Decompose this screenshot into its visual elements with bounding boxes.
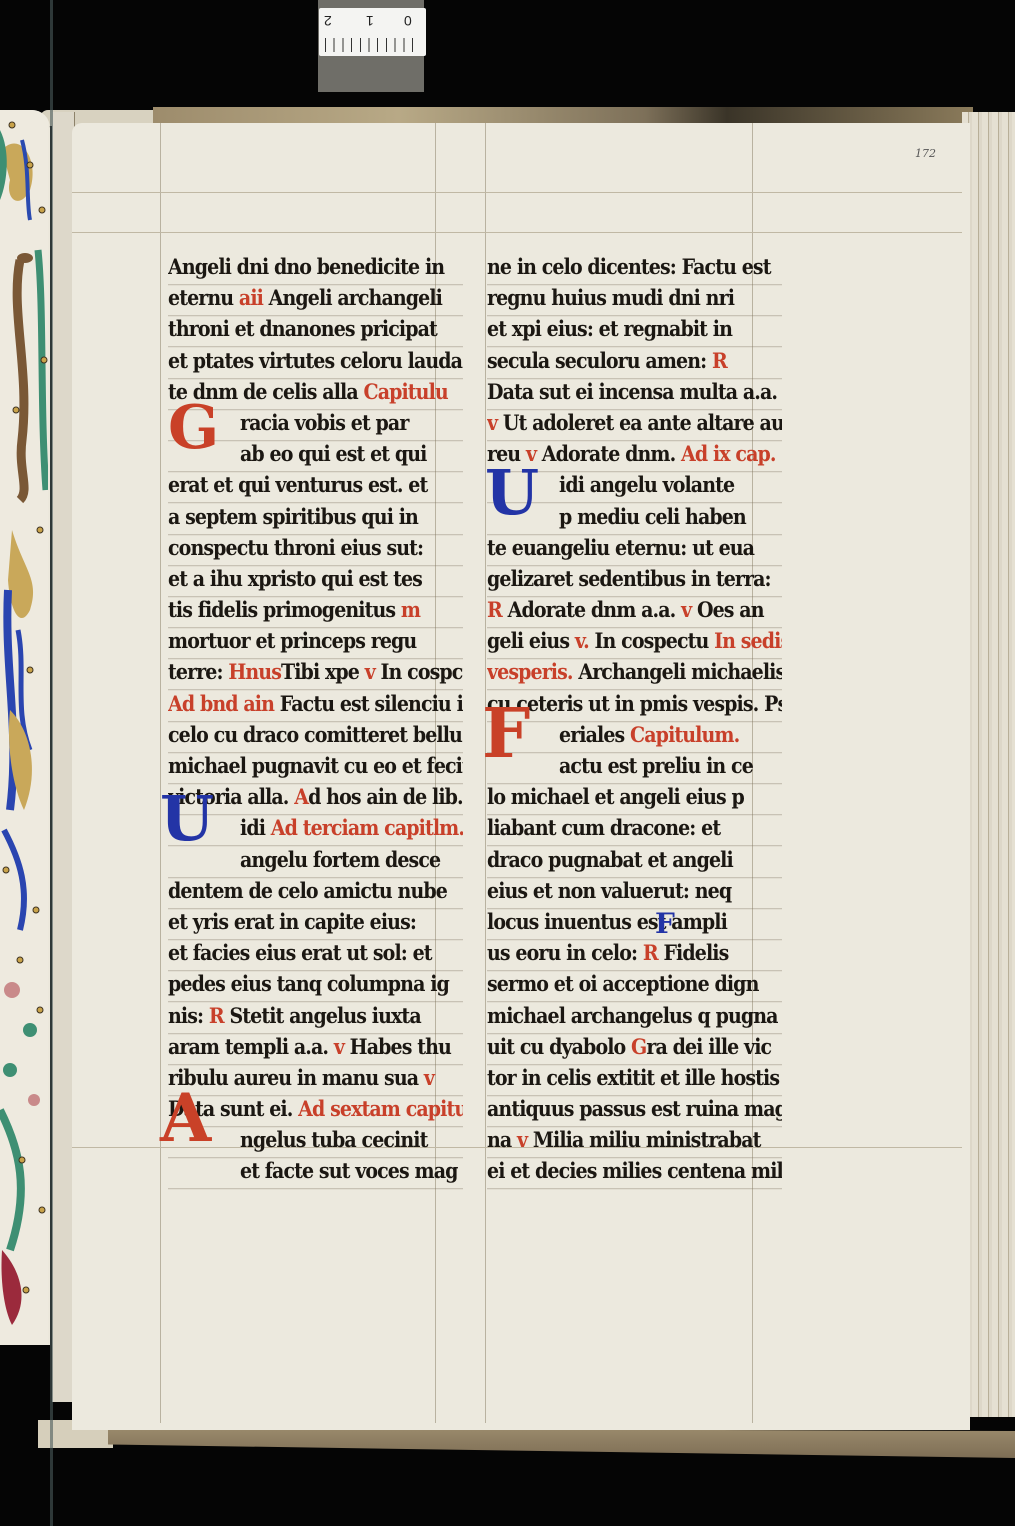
- text-segment: michael archangelus q pugna: [487, 1003, 778, 1028]
- bottom-book-edge: [108, 1428, 1015, 1458]
- text-segment: mortuor et princeps regu: [168, 629, 416, 654]
- rubric-text: v: [334, 1034, 344, 1059]
- text-segment: p mediu celi haben: [559, 504, 746, 529]
- text-segment: et ptates virtutes celoru lauda: [168, 348, 462, 373]
- initial-u-blue-left: U: [160, 788, 214, 850]
- rubric-text: Ad ix cap.: [681, 441, 776, 466]
- text-segment: geli eius: [487, 629, 575, 654]
- rubric-text: v: [424, 1065, 434, 1090]
- text-segment: In cospcu: [375, 660, 463, 685]
- glass-plate-edge: [50, 0, 53, 1526]
- text-segment: ei et decies milies centena milia: [487, 1159, 782, 1184]
- text-segment: te euangeliu eternu: ut eua: [487, 535, 754, 560]
- text-segment: In cospectu: [589, 629, 714, 654]
- text-line: pedes eius tanq columpna ig: [168, 967, 463, 1003]
- text-segment: ne in celo dicentes: Factu est: [487, 254, 771, 279]
- text-segment: cu ceteris ut in pmis vespis. Ps: [487, 691, 782, 716]
- text-segment: idi angelu volante: [559, 473, 734, 498]
- rubric-text: Ad terciam capitlm.: [271, 816, 463, 841]
- text-segment: us eoru in celo:: [487, 940, 643, 965]
- text-segment: terre:: [168, 660, 228, 685]
- text-segment: actu est preliu in ce: [559, 753, 753, 778]
- text-segment: liabant cum dracone: et: [487, 816, 720, 841]
- rubric-text: R: [643, 940, 658, 965]
- text-segment: locus inuentus est ampli: [487, 909, 727, 934]
- text-segment: erat et qui venturus est. et: [168, 473, 427, 498]
- rubric-text: v: [487, 410, 497, 435]
- text-line: throni et dnanones pricipat: [168, 312, 463, 348]
- text-segment: uit cu dyabolo: [487, 1034, 631, 1059]
- rubric-text: Hnus: [228, 660, 281, 685]
- text-line: a septem spiritibus qui in: [168, 499, 463, 535]
- text-segment: Oes an: [691, 597, 763, 622]
- text-segment: Angeli archangeli: [263, 285, 442, 310]
- text-segment: racia vobis et par: [240, 410, 408, 435]
- rubric-text: Ad bnd ain: [168, 691, 280, 716]
- text-segment: angelu fortem desce: [240, 847, 440, 872]
- text-segment: idi: [240, 816, 271, 841]
- text-segment: Milia miliu ministrabat: [527, 1128, 760, 1153]
- text-line: et facte sut voces mag: [168, 1154, 463, 1190]
- text-segment: Ut adoleret ea ante altare au: [497, 410, 782, 435]
- ruling-top: [72, 192, 962, 193]
- text-segment: tis fidelis primogenitus: [168, 597, 401, 622]
- text-line: et xpi eius: et regnabit in: [487, 312, 782, 348]
- text-line: ei et decies milies centena milia: [487, 1154, 782, 1190]
- text-segment: tor in celis extitit et ille hostis: [487, 1065, 779, 1090]
- text-segment: eriales: [559, 722, 630, 747]
- text-segment: et facies eius erat ut sol: et: [168, 940, 432, 965]
- text-segment: d hos ain de lib.: [308, 784, 463, 809]
- text-segment: et a ihu xpristo qui est tes: [168, 566, 422, 591]
- text-segment: Angeli dni dno benedicite in: [168, 254, 444, 279]
- text-segment: et facte sut voces mag: [240, 1159, 458, 1184]
- text-segment: pedes eius tanq columpna ig: [168, 972, 449, 997]
- text-line: erat et qui venturus est. et: [168, 468, 463, 504]
- text-segment: Habes thu: [344, 1034, 451, 1059]
- text-segment: eternu: [168, 285, 239, 310]
- text-line: michael archangelus q pugna: [487, 998, 782, 1034]
- facing-page-left: [0, 110, 50, 1345]
- ruling-head: [72, 232, 962, 233]
- rubric-text: v.: [575, 629, 589, 654]
- text-segment: na: [487, 1128, 517, 1153]
- text-segment: aram templi a.a.: [168, 1034, 334, 1059]
- text-segment: lo michael et angeli eius p: [487, 784, 744, 809]
- text-segment: michael pugnavit cu eo et fecit: [168, 753, 463, 778]
- text-line: vesperis. Archangeli michaelis: [487, 655, 782, 691]
- text-segment: Adorate dnm a.a.: [502, 597, 681, 622]
- text-segment: sermo et oi acceptione dign: [487, 972, 758, 997]
- text-column-right: ne in celo dicentes: Factu estregnu huiu…: [487, 252, 782, 1188]
- text-segment: ra dei ille vic: [646, 1034, 771, 1059]
- text-segment: draco pugnabat et angeli: [487, 847, 733, 872]
- rubric-text: R: [712, 348, 727, 373]
- text-line: nis: R Stetit angelus iuxta: [168, 998, 463, 1034]
- rubric-text: Ad sextam capitulu.: [298, 1096, 463, 1121]
- text-segment: antiquus passus est ruina mag: [487, 1096, 782, 1121]
- initial-a-red: A: [160, 1085, 211, 1151]
- rubric-text: A: [294, 784, 308, 809]
- text-segment: Tibi xpe: [281, 660, 365, 685]
- text-segment: Stetit angelus iuxta: [224, 1003, 421, 1028]
- ruler-label-0: 0: [404, 13, 412, 29]
- initial-f-blue-small: F: [655, 910, 675, 938]
- text-segment: Adorate dnm.: [536, 441, 681, 466]
- text-segment: conspectu throni eius sut:: [168, 535, 423, 560]
- initial-f-red: F: [482, 700, 530, 768]
- text-segment: secula seculoru amen:: [487, 348, 712, 373]
- text-segment: ngelus tuba cecinit: [240, 1128, 427, 1153]
- rubric-text: aii: [239, 285, 263, 310]
- initial-u-blue-right: U: [485, 462, 539, 524]
- rubric-text: v: [365, 660, 375, 685]
- ruler-label-1: 1: [366, 13, 374, 29]
- initial-g-red: G: [168, 398, 219, 458]
- text-segment: throni et dnanones pricipat: [168, 317, 437, 342]
- rubric-text: G: [631, 1034, 646, 1059]
- rubric-text: vesperis.: [487, 660, 573, 685]
- illuminated-border-icon: [0, 110, 48, 1345]
- rubric-text: m: [401, 597, 420, 622]
- text-segment: nis:: [168, 1003, 209, 1028]
- text-segment: ab eo qui est et qui: [240, 441, 427, 466]
- text-segment: Archangeli michaelis: [573, 660, 782, 685]
- rubric-text: v: [681, 597, 691, 622]
- ruling-left-outer: [160, 123, 161, 1423]
- rubric-text: Capitulu: [363, 379, 447, 404]
- text-segment: eius et non valuerut: neq: [487, 878, 731, 903]
- text-segment: regnu huius mudi dni nri: [487, 285, 734, 310]
- text-segment: Data sut ei incensa multa a.a.: [487, 379, 777, 404]
- folio-number: 172: [915, 147, 936, 160]
- text-line: terre: HnusTibi xpe v In cospcu: [168, 655, 463, 691]
- text-segment: a septem spiritibus qui in: [168, 504, 418, 529]
- text-segment: et yris erat in capite eius:: [168, 909, 416, 934]
- text-segment: celo cu draco comitteret bellu et: [168, 722, 463, 747]
- text-segment: gelizaret sedentibus in terra:: [487, 566, 771, 591]
- ruler-ticks: [325, 38, 420, 52]
- text-segment: dentem de celo amictu nube: [168, 878, 447, 903]
- text-segment: et xpi eius: et regnabit in: [487, 317, 732, 342]
- ruler-label-2: 2: [324, 13, 332, 29]
- rubric-text: In sedis: [714, 629, 782, 654]
- rubric-text: R: [487, 597, 502, 622]
- text-line: sermo et oi acceptione dign: [487, 967, 782, 1003]
- rubric-text: Capitulum.: [630, 722, 739, 747]
- rubric-text: R: [209, 1003, 224, 1028]
- text-segment: Factu est silenciu i: [280, 691, 463, 716]
- text-segment: Fidelis: [658, 940, 729, 965]
- scale-ruler: 0 1 2: [319, 8, 426, 56]
- text-line: liabant cum dracone: et: [487, 811, 782, 847]
- rubric-text: v: [517, 1128, 527, 1153]
